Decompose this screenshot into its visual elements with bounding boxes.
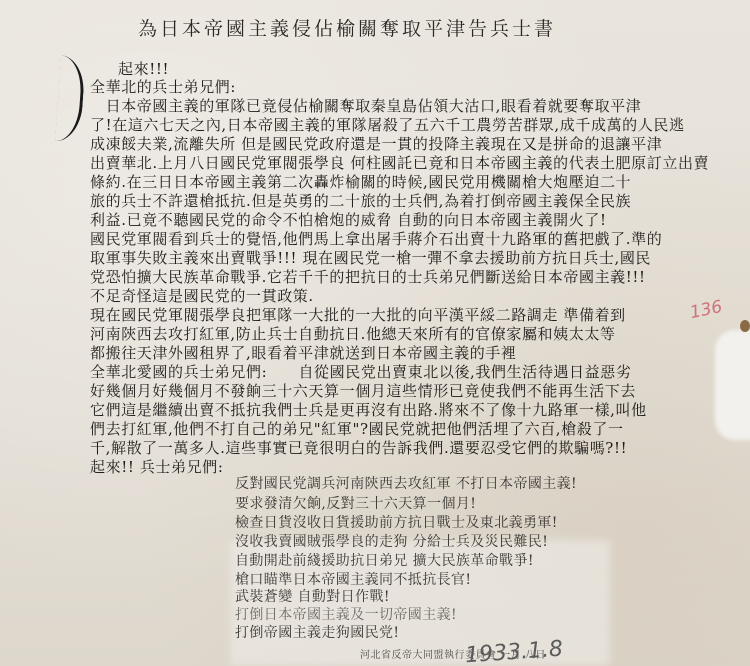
closing-call: 起來!! 兵士弟兄們: [90, 458, 223, 477]
paper-damage-stain [715, 330, 750, 440]
body-line: 們去打紅軍,他們不打自己的弟兄"紅軍"?國民党就把他們活埋了六百,槍殺了一 [90, 420, 624, 439]
body-line: 它們這是繼續出賣不抵抗我們士兵是更再沒有出路.將來不了像十九路軍一樣,叫他 [90, 401, 647, 420]
body-line: 旅的兵士不許還槍抵抗.但是英勇的二十旅的士兵們,為着打倒帝國主義保全民族 [90, 192, 631, 211]
body-line: 不足奇怪這是國民党的一貫政策. [90, 287, 314, 306]
body-line: 好幾個月好幾個月不發餉三十六天算一個月這些情形已竟使我們不能再生活下去 [90, 382, 636, 401]
body-line: 現在國民党軍閥張學良把軍隊一大批的一大批的向平漢平綏二路調走 準備着到 [90, 306, 626, 325]
opening-exclamation: 起來!!! [118, 60, 169, 79]
body-line: 出賣華北.上月八日國民党軍閥張學良 何柱國託已竟和日本帝國主義的代表土肥原訂立出… [90, 154, 709, 173]
body-line: 了!在這六七天之內,日本帝國主義的軍隊屠殺了五六千工農勞苦群眾,成千成萬的人民逃 [90, 116, 685, 135]
body-line: 全華北愛國的兵士弟兄們: 自從國民党出賣東北以後,我們生活待遇日益惡劣 [90, 363, 631, 382]
slogan-item: 自動開赴前綫援助抗日弟兄 擴大民族革命戰爭! [235, 552, 534, 571]
body-line: 國民党軍閥看到兵士的覺悟,他們馬上拿出屠手蔣介石出賣十九路軍的舊把戲了.準的 [90, 230, 662, 249]
body-line: 千,解散了一萬多人.這些事實已竟很明白的告訴我們.還要忍受它們的欺騙嗎?!! [90, 439, 627, 458]
slogan-item: 武裝蒼變 自動對日作戰! [235, 588, 390, 607]
slogan-item: 打倒帝國主義走狗國民党! [235, 624, 399, 643]
slogan-item: 檢查日貨沒收日貨援助前方抗日戰士及東北義勇軍! [235, 514, 558, 533]
body-line: 利益.已竟不聽國民党的命令不怕槍炮的威脅 自動的向日本帝國主義開火了! [90, 211, 607, 230]
body-line: 河南陝西去攻打紅軍,防止兵士自動抗日.他總天來所有的官僚家屬和姨太太等 [90, 325, 616, 344]
document-title: 為日本帝國主義侵佔榆關奪取平津告兵士書 [138, 14, 598, 41]
slogan-item: 打倒日本帝國主義及一切帝國主義! [235, 606, 457, 625]
body-line: 取軍事失敗主義來出賣戰爭!!! 現在國民党一槍一彈不拿去援助前方抗日兵士,國民 [90, 249, 651, 268]
salutation: 全華北的兵士弟兄們: [90, 78, 236, 97]
body-line: 都搬往天津外國租界了,眼看着平津就送到日本帝國主義的手裡 [90, 344, 517, 363]
body-line: 党恐怕擴大民族革命戰爭.它若千千的把抗日的士兵弟兄們斷送給日本帝國主義!!! [90, 268, 646, 287]
slogan-item: 沒收我賣國賊張學良的走狗 分給士兵及災民難民! [235, 533, 548, 552]
ink-spot [740, 320, 750, 332]
body-line: 成凍餒夫業,流離失所 但是國民党政府還是一貫的投降主義現在又是拼命的退讓平津 [90, 135, 662, 154]
body-line: 日本帝國主義的軍隊已竟侵佔榆關奪取秦皇島佔領大沽口,眼看着就要奪取平津 [90, 97, 641, 116]
slogan-item: 反對國民党調兵河南陝西去攻紅軍 不打日本帝國主義! [235, 475, 577, 494]
slogan-item: 要求發清欠餉,反對三十六天算一個月! [235, 495, 476, 514]
body-line: 條約.在三日日本帝國主義第二次轟炸榆關的時候,國民党用機關槍大炮壓迫二十 [90, 173, 631, 192]
